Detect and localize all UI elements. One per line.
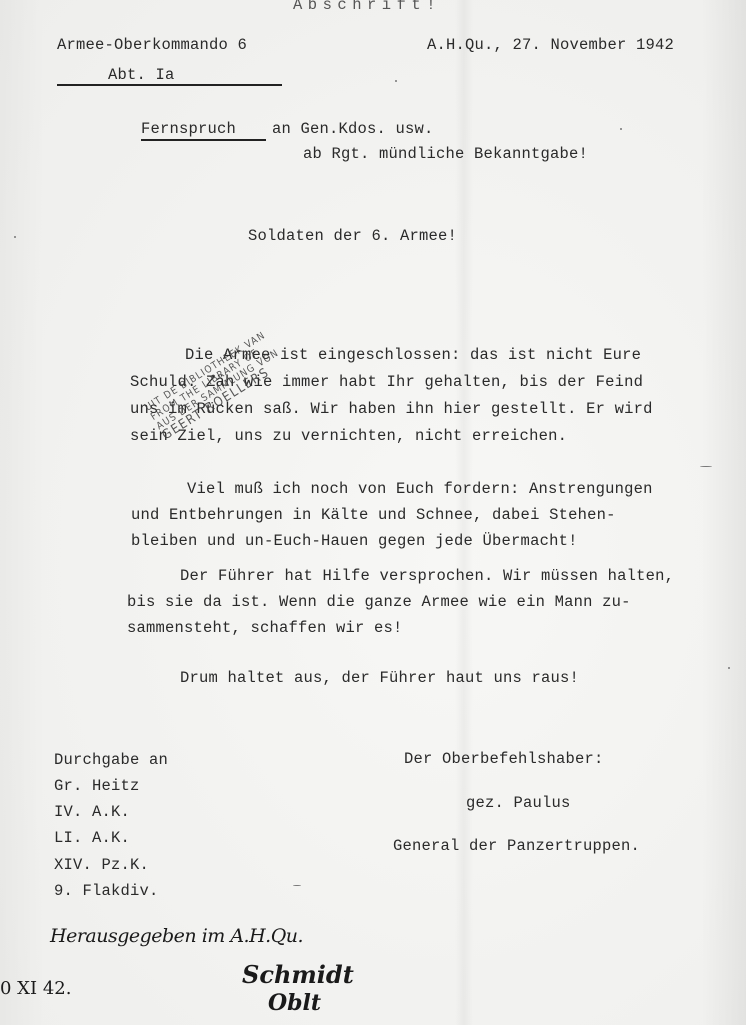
- handwritten-date: 0 XI 42.: [0, 978, 71, 999]
- paper-speck: [395, 80, 397, 82]
- department: Abt. Ia: [108, 66, 175, 84]
- transmission-instruction: ab Rgt. mündliche Bekanntgabe!: [303, 145, 588, 163]
- distribution-item: IV. A.K.: [54, 803, 130, 821]
- paper-speck: [293, 885, 301, 886]
- paragraph-line: sammensteht, schaffen wir es!: [127, 619, 403, 637]
- distribution-item: LI. A.K.: [54, 829, 130, 847]
- distribution-item: Gr. Heitz: [54, 777, 140, 795]
- salutation: Soldaten der 6. Armee!: [248, 227, 457, 245]
- closing-line: Drum haltet aus, der Führer haut uns rau…: [180, 669, 579, 687]
- signature-rank: General der Panzertruppen.: [393, 837, 640, 855]
- department-underline: [57, 84, 282, 86]
- signature-title: Der Oberbefehlshaber:: [404, 750, 604, 768]
- handwritten-note: Herausgegeben im A.H.Qu.: [50, 925, 303, 947]
- paragraph-line: Der Führer hat Hilfe versprochen. Wir mü…: [180, 567, 674, 585]
- signature-name: gez. Paulus: [466, 794, 571, 812]
- distribution-item: 9. Flakdiv.: [54, 882, 159, 900]
- paper-speck: [700, 466, 712, 467]
- place-date: A.H.Qu., 27. November 1942: [427, 36, 674, 54]
- paper-speck: [728, 667, 730, 669]
- sender: Armee-Oberkommando 6: [57, 36, 247, 54]
- paragraph-line: und Entbehrungen in Kälte und Schnee, da…: [131, 506, 616, 524]
- transmission-recipients: an Gen.Kdos. usw.: [272, 120, 434, 138]
- document-heading: Abschrift!: [293, 0, 441, 14]
- handwritten-initials: Schmidt: [242, 960, 354, 989]
- paper-speck: [14, 236, 16, 238]
- handwritten-initials-sub: Oblt: [268, 990, 321, 1016]
- paragraph-line: Viel muß ich noch von Euch fordern: Anst…: [187, 480, 653, 498]
- paragraph-line: bleiben und un-Euch-Hauen gegen jede Übe…: [131, 532, 578, 550]
- distribution-label: Durchgabe an: [54, 751, 168, 769]
- paragraph-line: bis sie da ist. Wenn die ganze Armee wie…: [127, 593, 631, 611]
- paper-speck: [620, 128, 622, 130]
- transmission-type: Fernspruch: [141, 120, 266, 141]
- distribution-item: XIV. Pz.K.: [54, 856, 149, 874]
